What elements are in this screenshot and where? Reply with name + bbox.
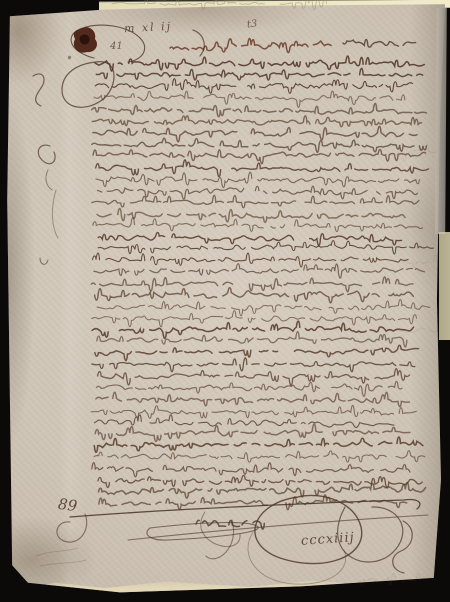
- signature-rubric: [57, 495, 428, 584]
- heading-script: [170, 30, 416, 56]
- check-mark: t3: [247, 19, 258, 30]
- margin-flourishes: [33, 25, 145, 264]
- small-numeral: 41: [110, 42, 123, 52]
- roman-numeral: cccxiiij: [301, 531, 355, 548]
- body-script-lines: [91, 56, 433, 510]
- folio-numeral: 89: [57, 497, 78, 514]
- date-mark: m xl ij: [124, 21, 173, 35]
- manuscript-photo: m xl ij t3 41 89 cccxiiij: [0, 0, 450, 602]
- strip-inscription: [112, 0, 332, 10]
